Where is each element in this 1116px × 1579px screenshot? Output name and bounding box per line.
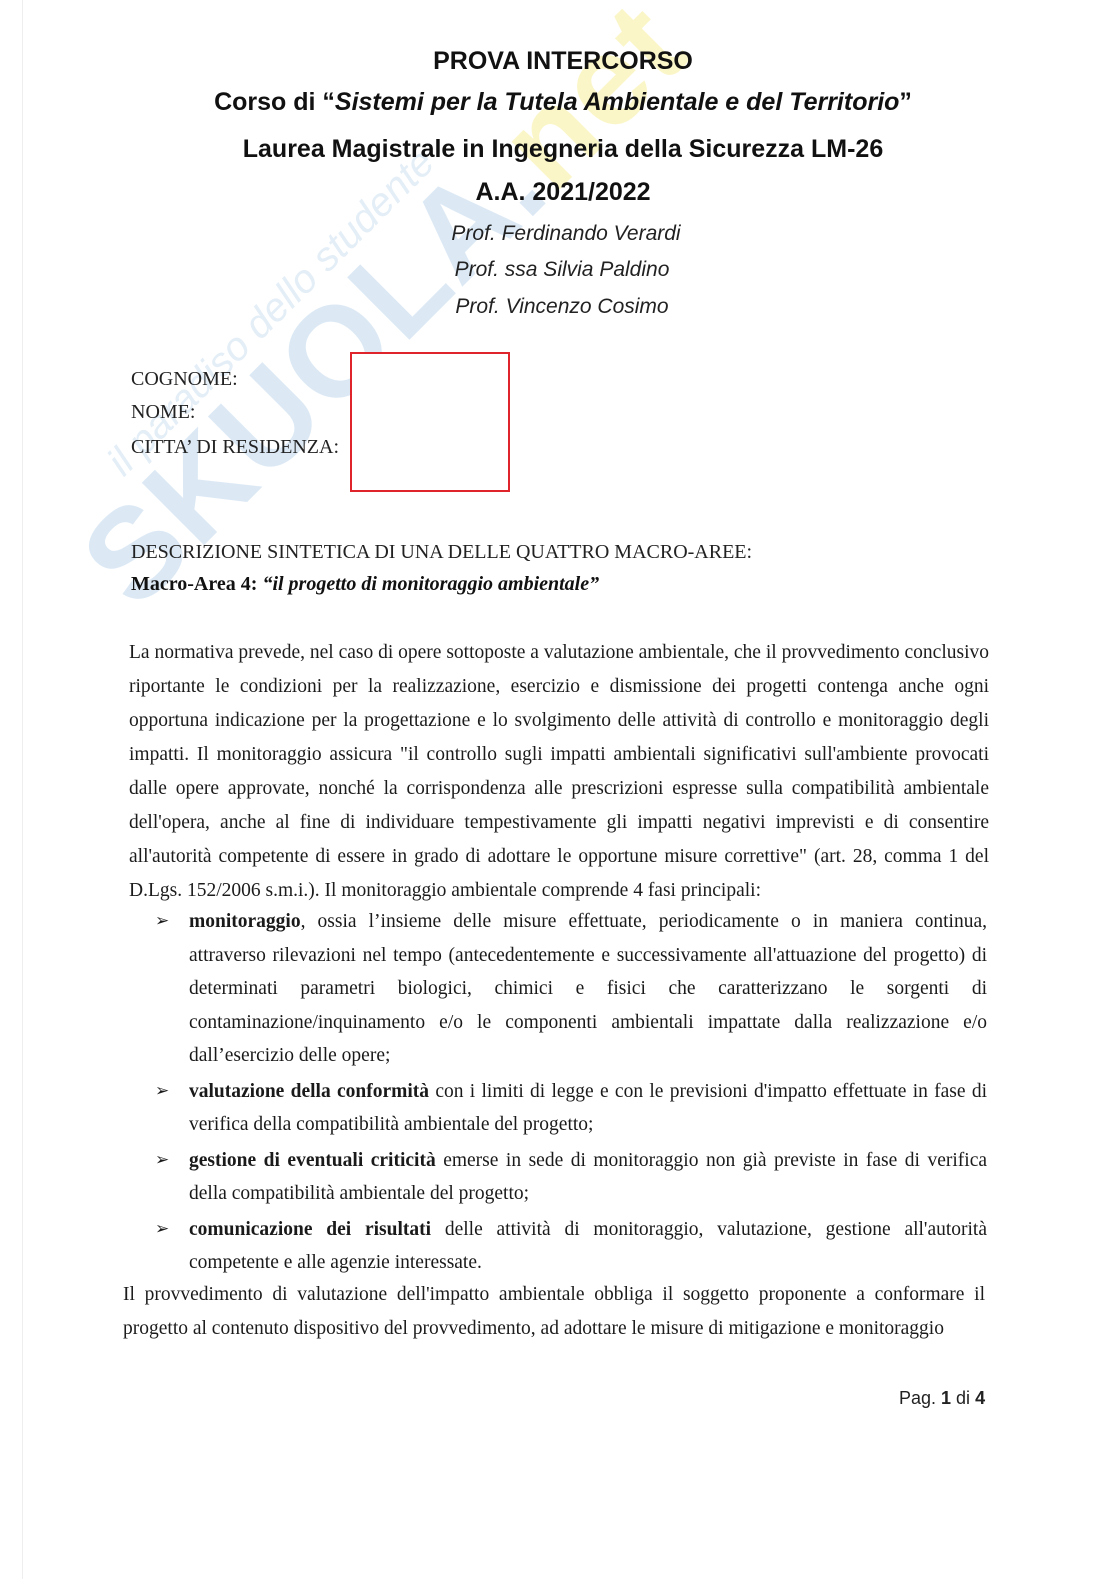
surname-label: COGNOME:	[131, 368, 238, 391]
professor-1: Prof. Ferdinando Verardi	[446, 222, 686, 246]
list-item: ➢comunicazione dei risultati delle attiv…	[155, 1213, 987, 1280]
closing-paragraph: Il provvedimento di valutazione dell'imp…	[123, 1278, 985, 1346]
list-item: ➢gestione di eventuali criticità emerse …	[155, 1144, 987, 1211]
redaction-box	[350, 352, 510, 492]
course-suffix: ”	[899, 88, 912, 116]
page-edge	[22, 0, 23, 1579]
degree-title: Laurea Magistrale in Ingegneria della Si…	[5, 135, 1116, 164]
phase-term: gestione di eventuali criticità	[189, 1150, 436, 1171]
section-title: DESCRIZIONE SINTETICA DI UNA DELLE QUATT…	[131, 541, 752, 564]
professor-3: Prof. Vincenzo Cosimo	[442, 295, 682, 319]
macro-area-heading: Macro-Area 4: “il progetto di monitoragg…	[131, 573, 599, 596]
page-separator: di	[951, 1388, 975, 1408]
intro-paragraph: La normativa prevede, nel caso di opere …	[129, 636, 989, 908]
phase-term: comunicazione dei risultati	[189, 1219, 431, 1240]
list-item: ➢valutazione della conformità con i limi…	[155, 1075, 987, 1142]
phase-description: , ossia l’insieme delle misure effettuat…	[189, 911, 987, 1066]
page-number: Pag. 1 di 4	[899, 1388, 985, 1409]
phase-term: valutazione della conformità	[189, 1081, 429, 1102]
phases-list: ➢monitoraggio, ossia l’insieme delle mis…	[155, 905, 987, 1282]
phase-term: monitoraggio	[189, 911, 301, 932]
arrowhead-bullet-icon: ➢	[155, 905, 169, 939]
page-prefix: Pag.	[899, 1388, 941, 1408]
list-item: ➢monitoraggio, ossia l’insieme delle mis…	[155, 905, 987, 1073]
arrowhead-bullet-icon: ➢	[155, 1144, 169, 1178]
page-total: 4	[975, 1388, 985, 1408]
course-name: Sistemi per la Tutela Ambientale e del T…	[335, 88, 900, 116]
city-label: CITTA’ DI RESIDENZA:	[131, 436, 339, 459]
arrowhead-bullet-icon: ➢	[155, 1075, 169, 1109]
macro-area-title: “il progetto di monitoraggio ambientale”	[262, 573, 599, 595]
academic-year: A.A. 2021/2022	[5, 178, 1116, 207]
macro-area-label: Macro-Area 4:	[131, 573, 262, 595]
page-current: 1	[941, 1388, 951, 1408]
course-title: Corso di “Sistemi per la Tutela Ambienta…	[5, 88, 1116, 117]
arrowhead-bullet-icon: ➢	[155, 1213, 169, 1247]
document-title: PROVA INTERCORSO	[5, 47, 1116, 76]
professor-2: Prof. ssa Silvia Paldino	[442, 258, 682, 282]
name-label: NOME:	[131, 401, 195, 424]
course-prefix: Corso di “	[214, 88, 335, 116]
